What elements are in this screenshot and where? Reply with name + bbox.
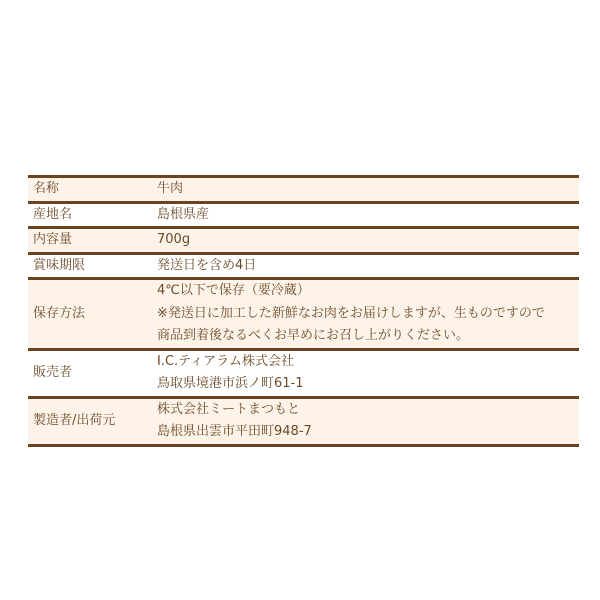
row-manufacturer: 製造者/出荷元 株式会社ミートまつもと 島根県出雲市平田町948-7: [28, 397, 579, 445]
row-value: I.C.ティアラム株式会社 鳥取県境港市浜ノ町61-1: [157, 349, 579, 397]
value-line: 株式会社ミートまつもと: [157, 399, 579, 422]
row-quantity: 内容量 700g: [28, 228, 579, 254]
row-expiry: 賞味期限 発送日を含め4日: [28, 253, 579, 279]
row-name: 名称 牛肉: [28, 177, 579, 203]
value-line: ※発送日に加工した新鮮なお肉をお届けしますが、生ものですので: [157, 303, 579, 326]
row-value: 700g: [157, 228, 579, 254]
row-label: 製造者/出荷元: [28, 397, 157, 445]
row-value: 株式会社ミートまつもと 島根県出雲市平田町948-7: [157, 397, 579, 445]
row-label: 産地名: [28, 202, 157, 228]
row-storage: 保存方法 4℃以下で保存（要冷蔵） ※発送日に加工した新鮮なお肉をお届けしますが…: [28, 279, 579, 350]
row-seller: 販売者 I.C.ティアラム株式会社 鳥取県境港市浜ノ町61-1: [28, 349, 579, 397]
row-value: 島根県産: [157, 202, 579, 228]
row-label: 賞味期限: [28, 253, 157, 279]
row-label: 販売者: [28, 349, 157, 397]
value-line: 4℃以下で保存（要冷蔵）: [157, 280, 579, 303]
row-label: 保存方法: [28, 279, 157, 350]
value-line: I.C.ティアラム株式会社: [157, 351, 579, 374]
row-label: 内容量: [28, 228, 157, 254]
row-origin: 産地名 島根県産: [28, 202, 579, 228]
value-line: 発送日を含め4日: [157, 255, 579, 278]
value-line: 商品到着後なるべくお早めにお召し上がりください。: [157, 325, 579, 348]
value-line: 島根県産: [157, 204, 579, 227]
row-label: 名称: [28, 177, 157, 203]
row-value: 発送日を含め4日: [157, 253, 579, 279]
row-value: 牛肉: [157, 177, 579, 203]
value-line: 700g: [157, 229, 579, 252]
value-line: 牛肉: [157, 178, 579, 201]
row-value: 4℃以下で保存（要冷蔵） ※発送日に加工した新鮮なお肉をお届けしますが、生もので…: [157, 279, 579, 350]
value-line: 島根県出雲市平田町948-7: [157, 421, 579, 444]
value-line: 鳥取県境港市浜ノ町61-1: [157, 373, 579, 396]
product-spec-table: 名称 牛肉 産地名 島根県産 内容量 700g 賞味期限 発送日を含め4日 保存…: [28, 175, 579, 447]
